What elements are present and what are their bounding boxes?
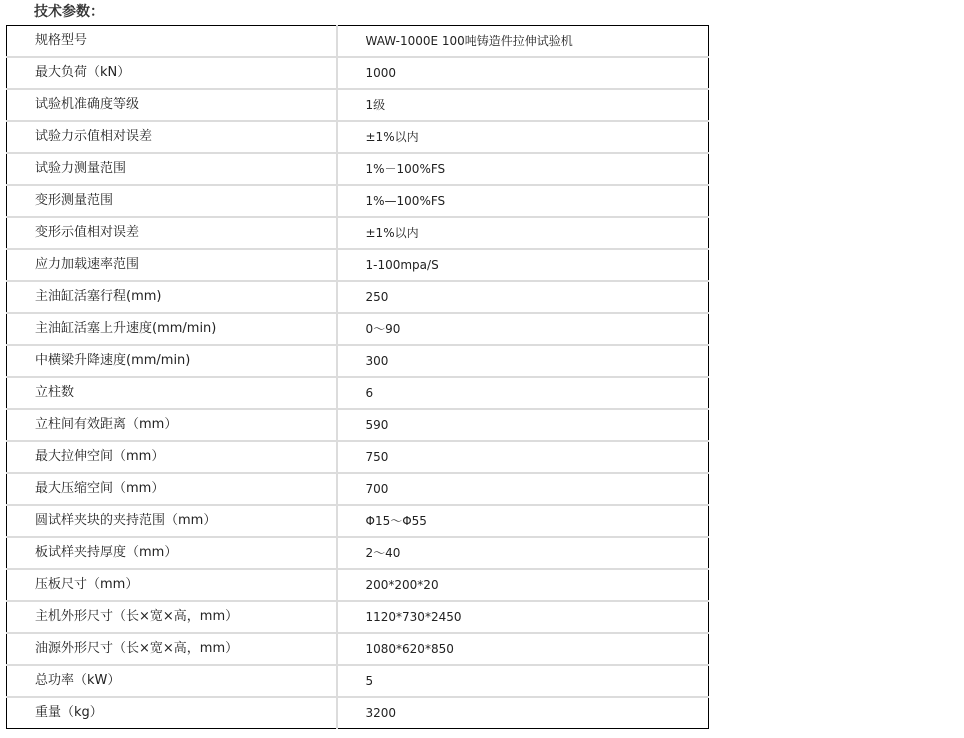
param-value-cell: ±1%以内 bbox=[337, 121, 709, 153]
table-row: 立柱间有效距离（mm）590 bbox=[7, 409, 709, 441]
table-row: 总功率（kW）5 bbox=[7, 665, 709, 697]
param-name-cell: 试验机准确度等级 bbox=[7, 89, 337, 121]
param-value-cell: 200*200*20 bbox=[337, 569, 709, 601]
param-name-cell: 圆试样夹块的夹持范围（mm） bbox=[7, 505, 337, 537]
section-title: 技术参数： bbox=[34, 3, 104, 21]
table-row: 应力加载速率范围1-100mpa/S bbox=[7, 249, 709, 281]
param-value-cell: 1-100mpa/S bbox=[337, 249, 709, 281]
param-value-cell: 1%－100%FS bbox=[337, 153, 709, 185]
param-name-cell: 立柱间有效距离（mm） bbox=[7, 409, 337, 441]
spec-table-body: 规格型号WAW-1000E 100吨铸造件拉伸试验机最大负荷（kN）1000试验… bbox=[7, 26, 709, 729]
param-name-cell: 主油缸活塞上升速度(mm/min) bbox=[7, 313, 337, 345]
param-value-cell: 5 bbox=[337, 665, 709, 697]
param-name-cell: 总功率（kW） bbox=[7, 665, 337, 697]
param-name-cell: 最大压缩空间（mm） bbox=[7, 473, 337, 505]
table-row: 变形测量范围1%—100%FS bbox=[7, 185, 709, 217]
param-name-cell: 立柱数 bbox=[7, 377, 337, 409]
table-row: 最大负荷（kN）1000 bbox=[7, 57, 709, 89]
table-row: 板试样夹持厚度（mm）2～40 bbox=[7, 537, 709, 569]
param-value-cell: Φ15～Φ55 bbox=[337, 505, 709, 537]
table-row: 立柱数6 bbox=[7, 377, 709, 409]
table-row: 最大拉伸空间（mm）750 bbox=[7, 441, 709, 473]
param-value-cell: 590 bbox=[337, 409, 709, 441]
param-name-cell: 最大拉伸空间（mm） bbox=[7, 441, 337, 473]
param-name-cell: 试验力测量范围 bbox=[7, 153, 337, 185]
param-name-cell: 主油缸活塞行程(mm) bbox=[7, 281, 337, 313]
table-row: 变形示值相对误差±1%以内 bbox=[7, 217, 709, 249]
table-row: 最大压缩空间（mm）700 bbox=[7, 473, 709, 505]
param-name-cell: 压板尺寸（mm） bbox=[7, 569, 337, 601]
param-value-cell: 700 bbox=[337, 473, 709, 505]
param-value-cell: 250 bbox=[337, 281, 709, 313]
table-row: 主油缸活塞上升速度(mm/min)0～90 bbox=[7, 313, 709, 345]
table-row: 重量（kg）3200 bbox=[7, 697, 709, 729]
param-value-cell: 300 bbox=[337, 345, 709, 377]
table-row: 压板尺寸（mm）200*200*20 bbox=[7, 569, 709, 601]
param-value-cell: 1%—100%FS bbox=[337, 185, 709, 217]
param-name-cell: 规格型号 bbox=[7, 26, 337, 58]
param-name-cell: 中横梁升降速度(mm/min) bbox=[7, 345, 337, 377]
param-value-cell: 3200 bbox=[337, 697, 709, 729]
param-name-cell: 变形示值相对误差 bbox=[7, 217, 337, 249]
param-value-cell: 2～40 bbox=[337, 537, 709, 569]
param-name-cell: 油源外形尺寸（长×宽×高，mm） bbox=[7, 633, 337, 665]
table-row: 圆试样夹块的夹持范围（mm）Φ15～Φ55 bbox=[7, 505, 709, 537]
param-value-cell: 6 bbox=[337, 377, 709, 409]
param-value-cell: 0～90 bbox=[337, 313, 709, 345]
param-name-cell: 最大负荷（kN） bbox=[7, 57, 337, 89]
param-name-cell: 试验力示值相对误差 bbox=[7, 121, 337, 153]
param-value-cell: 1080*620*850 bbox=[337, 633, 709, 665]
param-value-cell: 1级 bbox=[337, 89, 709, 121]
param-value-cell: 750 bbox=[337, 441, 709, 473]
table-row: 油源外形尺寸（长×宽×高，mm）1080*620*850 bbox=[7, 633, 709, 665]
table-row: 规格型号WAW-1000E 100吨铸造件拉伸试验机 bbox=[7, 26, 709, 58]
table-row: 试验力测量范围1%－100%FS bbox=[7, 153, 709, 185]
param-value-cell: WAW-1000E 100吨铸造件拉伸试验机 bbox=[337, 26, 709, 58]
table-row: 试验机准确度等级1级 bbox=[7, 89, 709, 121]
param-value-cell: ±1%以内 bbox=[337, 217, 709, 249]
param-name-cell: 变形测量范围 bbox=[7, 185, 337, 217]
table-row: 主油缸活塞行程(mm)250 bbox=[7, 281, 709, 313]
spec-table: 规格型号WAW-1000E 100吨铸造件拉伸试验机最大负荷（kN）1000试验… bbox=[6, 25, 709, 729]
table-row: 试验力示值相对误差±1%以内 bbox=[7, 121, 709, 153]
table-row: 中横梁升降速度(mm/min)300 bbox=[7, 345, 709, 377]
param-value-cell: 1000 bbox=[337, 57, 709, 89]
param-name-cell: 主机外形尺寸（长×宽×高，mm） bbox=[7, 601, 337, 633]
table-row: 主机外形尺寸（长×宽×高，mm）1120*730*2450 bbox=[7, 601, 709, 633]
param-value-cell: 1120*730*2450 bbox=[337, 601, 709, 633]
param-name-cell: 板试样夹持厚度（mm） bbox=[7, 537, 337, 569]
param-name-cell: 重量（kg） bbox=[7, 697, 337, 729]
param-name-cell: 应力加载速率范围 bbox=[7, 249, 337, 281]
